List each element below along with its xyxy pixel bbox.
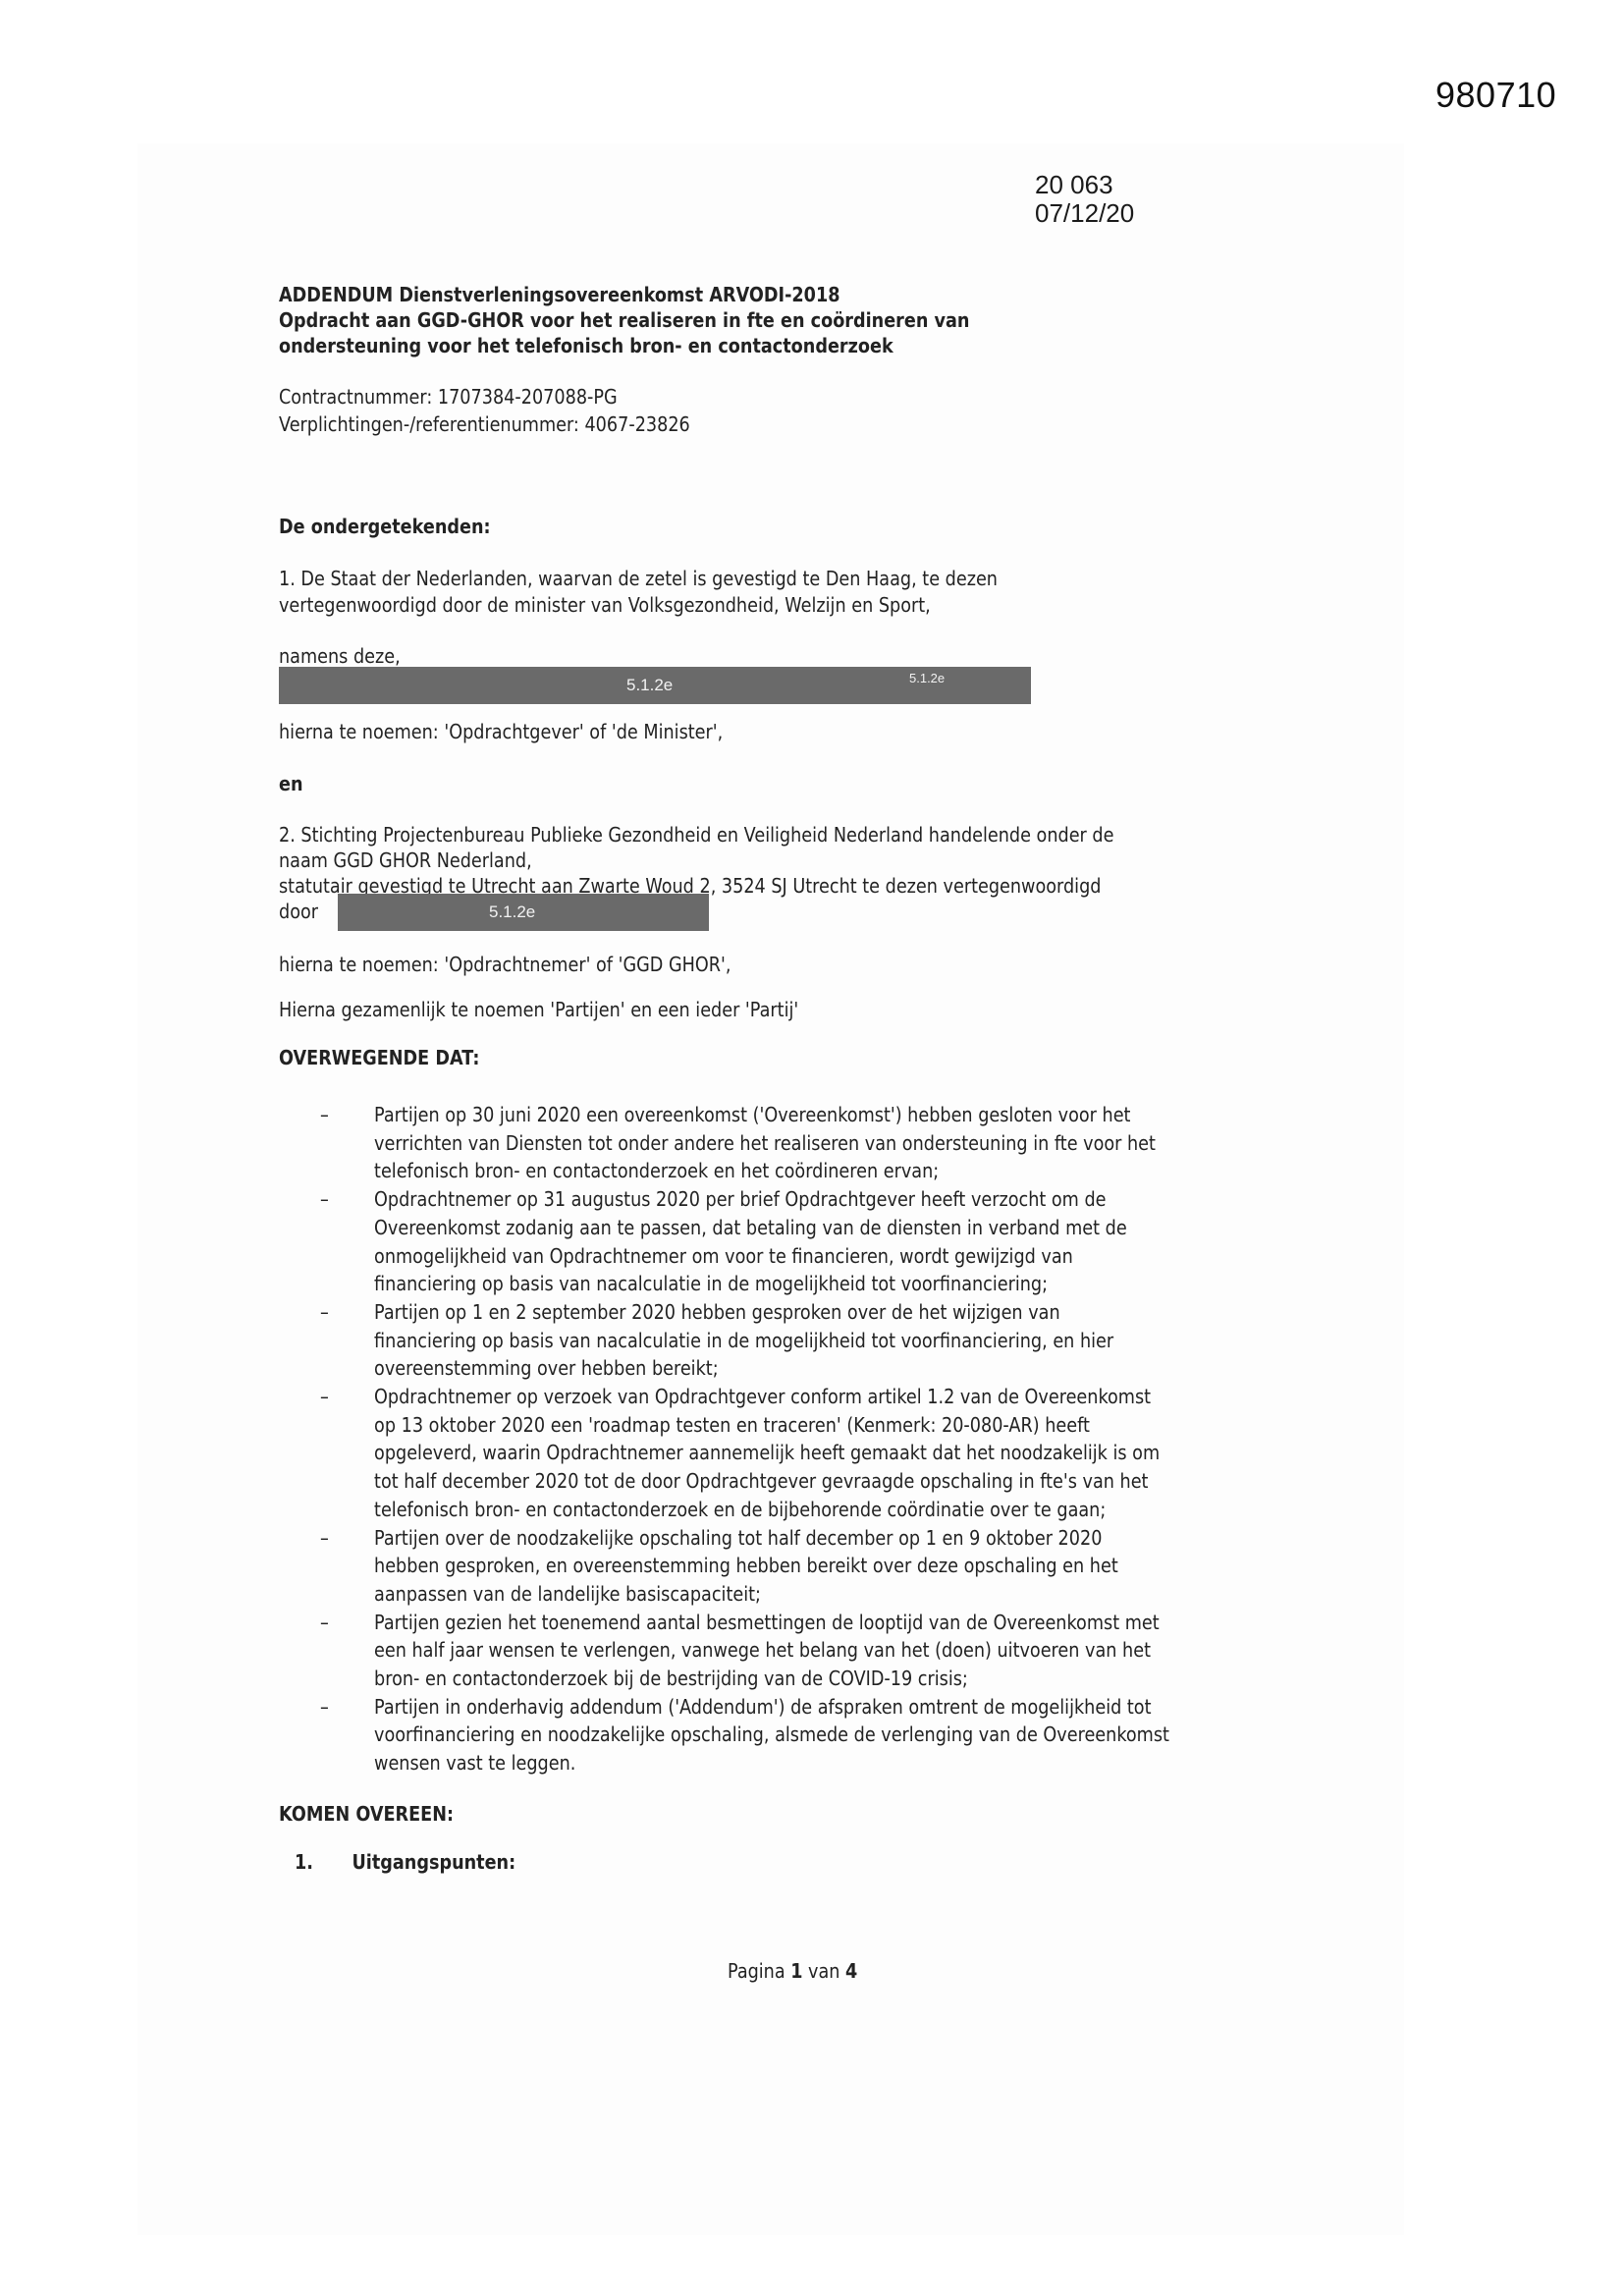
- bullet-dash: –: [320, 1185, 329, 1214]
- total-pages: 4: [845, 1959, 857, 1983]
- consideration-line: hebben gesproken, en overeenstemming heb…: [374, 1552, 1232, 1580]
- consideration-line: verrichten van Diensten tot onder andere…: [374, 1129, 1232, 1158]
- consideration-line: aanpassen van de landelijke basiscapacit…: [374, 1580, 1232, 1609]
- contract-number: Contractnummer: 1707384-207088-PG: [279, 383, 690, 410]
- redaction-bar: 5.1.2e 5.1.2e: [279, 667, 1031, 704]
- consideration-line: een half jaar wensen te verlengen, vanwe…: [374, 1636, 1232, 1665]
- bullet-dash: –: [320, 1101, 329, 1129]
- consideration-line: bron- en contactonderzoek bij de bestrij…: [374, 1665, 1232, 1693]
- consideration-line: financiering op basis van nacalculatie i…: [374, 1270, 1232, 1298]
- redaction-label: 5.1.2e: [909, 671, 945, 685]
- consideration-line: voorfinanciering en noodzakelijke opscha…: [374, 1721, 1232, 1749]
- consideration-line: Partijen op 1 en 2 september 2020 hebben…: [374, 1298, 1232, 1327]
- considerations-heading: OVERWEGENDE DAT:: [279, 1044, 479, 1072]
- agreement-heading: KOMEN OVEREEN:: [279, 1800, 454, 1829]
- consideration-line: telefonisch bron- en contactonderzoek en…: [374, 1157, 1232, 1185]
- consideration-line: Partijen op 30 juni 2020 een overeenkoms…: [374, 1101, 1232, 1129]
- consideration-line: Partijen over de noodzakelijke opschalin…: [374, 1524, 1232, 1553]
- party-2-line: 2. Stichting Projectenbureau Publieke Ge…: [279, 822, 1113, 847]
- joint-parties-note: Hierna gezamenlijk te noemen 'Partijen' …: [279, 996, 798, 1024]
- party-1-alias: hierna te noemen: 'Opdrachtgever' of 'de…: [279, 718, 723, 746]
- date-stamp: 20 063 07/12/20: [1035, 171, 1134, 228]
- bullet-dash: –: [320, 1524, 329, 1553]
- redaction-bar: 5.1.2e: [338, 894, 709, 931]
- consideration-line: opgeleverd, waarin Opdrachtnemer aanneme…: [374, 1439, 1232, 1467]
- signatories-heading: De ondergetekenden:: [279, 513, 491, 541]
- party-2-alias: hierna te noemen: 'Opdrachtnemer' of 'GG…: [279, 951, 731, 979]
- title-line: ondersteuning voor het telefonisch bron-…: [279, 333, 969, 358]
- bullet-dash: –: [320, 1609, 329, 1637]
- party-2-line: naam GGD GHOR Nederland,: [279, 847, 1113, 873]
- consideration-item: –Opdrachtnemer op 31 augustus 2020 per b…: [320, 1185, 1232, 1298]
- party-1-line: vertegenwoordigd door de minister van Vo…: [279, 592, 998, 619]
- stamp-date: 07/12/20: [1035, 199, 1134, 228]
- party-1-line: 1. De Staat der Nederlanden, waarvan de …: [279, 566, 998, 592]
- consideration-line: tot half december 2020 tot de door Opdra…: [374, 1467, 1232, 1496]
- consideration-item: –Partijen over de noodzakelijke opschali…: [320, 1524, 1232, 1609]
- consideration-line: telefonisch bron- en contactonderzoek en…: [374, 1496, 1232, 1524]
- party-1: 1. De Staat der Nederlanden, waarvan de …: [279, 566, 998, 619]
- consideration-line: op 13 oktober 2020 een 'roadmap testen e…: [374, 1411, 1232, 1440]
- consideration-item: –Opdrachtnemer op verzoek van Opdrachtge…: [320, 1383, 1232, 1524]
- conjunction: en: [279, 770, 303, 798]
- consideration-line: Overeenkomst zodanig aan te passen, dat …: [374, 1214, 1232, 1242]
- consideration-item: –Partijen in onderhavig addendum ('Adden…: [320, 1693, 1232, 1777]
- section-heading: 1.Uitgangspunten:: [295, 1848, 515, 1877]
- section-number: 1.: [295, 1848, 352, 1877]
- consideration-item: –Partijen op 1 en 2 september 2020 hebbe…: [320, 1298, 1232, 1383]
- stamp-code: 20 063: [1035, 171, 1134, 199]
- consideration-line: Opdrachtnemer op verzoek van Opdrachtgev…: [374, 1383, 1232, 1411]
- title-line: Opdracht aan GGD-GHOR voor het realisere…: [279, 307, 969, 333]
- considerations-list: –Partijen op 30 juni 2020 een overeenkom…: [320, 1101, 1232, 1777]
- page-label: Pagina: [728, 1959, 785, 1983]
- current-page: 1: [790, 1959, 802, 1983]
- page-indicator: Pagina 1 van 4: [728, 1959, 857, 1983]
- document-number: 980710: [1435, 75, 1556, 116]
- consideration-line: Partijen in onderhavig addendum ('Addend…: [374, 1693, 1232, 1722]
- title-line: ADDENDUM Dienstverleningsovereenkomst AR…: [279, 282, 969, 307]
- page-of-label: van: [808, 1959, 839, 1983]
- redaction-label: 5.1.2e: [626, 676, 673, 695]
- redaction-label: 5.1.2e: [489, 902, 535, 922]
- consideration-line: financiering op basis van nacalculatie i…: [374, 1327, 1232, 1355]
- bullet-dash: –: [320, 1298, 329, 1327]
- document-title: ADDENDUM Dienstverleningsovereenkomst AR…: [279, 282, 969, 358]
- contract-identifiers: Contractnummer: 1707384-207088-PG Verpli…: [279, 383, 690, 438]
- consideration-line: Partijen gezien het toenemend aantal bes…: [374, 1609, 1232, 1637]
- consideration-item: –Partijen gezien het toenemend aantal be…: [320, 1609, 1232, 1693]
- consideration-line: Opdrachtnemer op 31 augustus 2020 per br…: [374, 1185, 1232, 1214]
- consideration-line: onmogelijkheid van Opdrachtnemer om voor…: [374, 1242, 1232, 1271]
- consideration-line: overeenstemming over hebben bereikt;: [374, 1354, 1232, 1383]
- section-title: Uitgangspunten:: [352, 1850, 515, 1874]
- consideration-item: –Partijen op 30 juni 2020 een overeenkom…: [320, 1101, 1232, 1185]
- reference-number: Verplichtingen-/referentienummer: 4067-2…: [279, 410, 690, 438]
- bullet-dash: –: [320, 1693, 329, 1722]
- consideration-line: wensen vast te leggen.: [374, 1749, 1232, 1777]
- bullet-dash: –: [320, 1383, 329, 1411]
